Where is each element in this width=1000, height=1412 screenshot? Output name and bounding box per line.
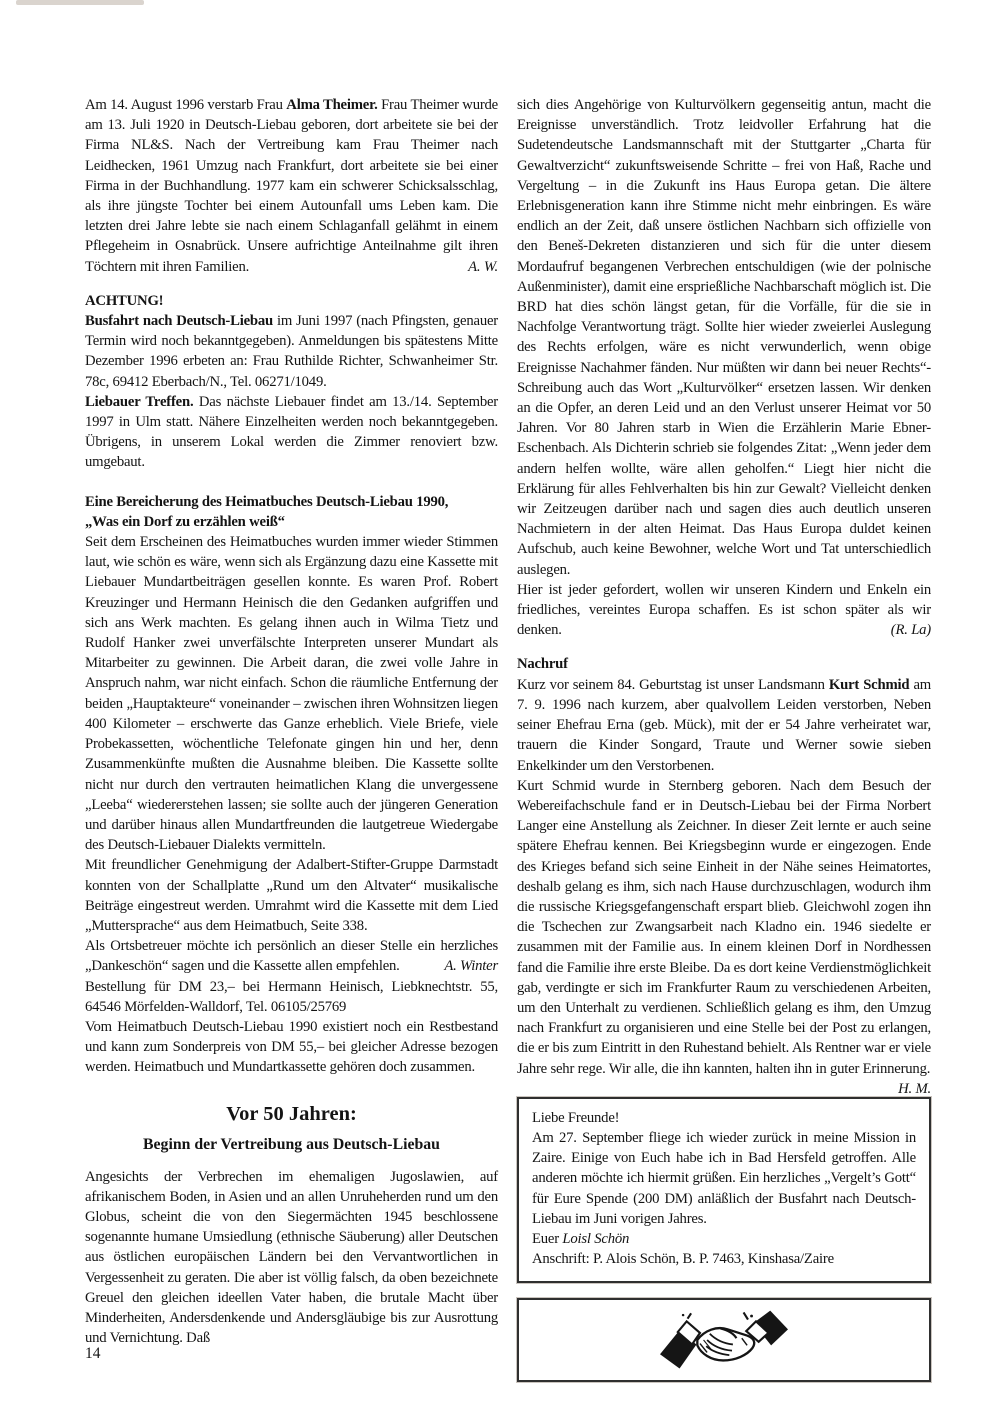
- letter-address: Anschrift: P. Alois Schön, B. P. 7463, K…: [532, 1249, 916, 1269]
- handshake-box: [517, 1298, 931, 1382]
- letter-closing: Euer Loisl Schön: [532, 1229, 916, 1249]
- vor50-paragraph: Angesichts der Verbrechen im ehemaligen …: [85, 1167, 498, 1349]
- continuation-signature: (R. La): [881, 620, 931, 640]
- vor50-title: Vor 50 Jahren:: [85, 1102, 498, 1126]
- continuation-paragraph-1: sich dies Angehörige von Kulturvölkern g…: [517, 95, 931, 580]
- letter-body: Am 27. September fliege ich wieder zurüc…: [532, 1128, 916, 1229]
- bereicherung-paragraph-2: Mit freundlicher Genehmigung der Adalber…: [85, 855, 498, 936]
- busfahrt-paragraph: Busfahrt nach Deutsch-Liebau im Juni 199…: [85, 311, 498, 392]
- letter-signer: Loisl Schön: [562, 1231, 629, 1247]
- continuation-closing-text: Hier ist jeder gefordert, wollen wir uns…: [517, 582, 931, 638]
- bereicherung-signature: A. Winter: [434, 956, 498, 976]
- newsletter-page: Am 14. August 1996 verstarb Frau Alma Th…: [0, 0, 1000, 1412]
- obituary-name: Alma Theimer.: [286, 97, 377, 113]
- right-column: sich dies Angehörige von Kulturvölkern g…: [517, 95, 931, 1382]
- nachruf-biography-text: Kurt Schmid wurde in Sternberg geboren. …: [517, 778, 931, 1077]
- bereicherung-heading-line1: Eine Bereicherung des Heimatbuches Deuts…: [85, 492, 498, 512]
- treffen-paragraph: Liebauer Treffen. Das nächste Liebauer f…: [85, 392, 498, 473]
- busfahrt-lead: Busfahrt nach Deutsch-Liebau: [85, 313, 273, 329]
- restbestand-paragraph: Vom Heimatbuch Deutsch-Liebau 1990 exist…: [85, 1017, 498, 1078]
- nachruf-paragraph-2: Kurt Schmid wurde in Sternberg geboren. …: [517, 776, 931, 1079]
- letter-euer: Euer: [532, 1231, 562, 1247]
- bereicherung-heading: Eine Bereicherung des Heimatbuches Deuts…: [85, 492, 498, 532]
- obituary-paragraph: Am 14. August 1996 verstarb Frau Alma Th…: [85, 95, 498, 277]
- bestellung-paragraph: Bestellung für DM 23,– bei Hermann Heini…: [85, 977, 498, 1017]
- scan-artifact-smudge: [16, 0, 144, 5]
- achtung-heading: ACHTUNG!: [85, 291, 498, 311]
- vor50-subtitle: Beginn der Vertreibung aus Deutsch-Lieba…: [85, 1135, 498, 1155]
- nachruf-paragraph-1: Kurz vor seinem 84. Geburtstag ist unser…: [517, 675, 931, 776]
- letter-greeting: Liebe Freunde!: [532, 1108, 916, 1128]
- left-column: Am 14. August 1996 verstarb Frau Alma Th…: [85, 95, 498, 1348]
- bereicherung-heading-line2: „Was ein Dorf zu erzählen weiß“: [85, 512, 498, 532]
- nachruf-signature: H. M.: [888, 1079, 931, 1099]
- letter-box: Liebe Freunde! Am 27. September fliege i…: [517, 1097, 931, 1284]
- page-number: 14: [85, 1345, 101, 1363]
- handshake-icon: [657, 1308, 791, 1372]
- bereicherung-paragraph-3: Als Ortsbetreuer möchte ich persönlich a…: [85, 936, 498, 976]
- obituary-signature: A. W.: [458, 257, 498, 277]
- nachruf-heading: Nachruf: [517, 654, 931, 674]
- nachruf-lead: Kurz vor seinem 84. Geburtstag ist unser…: [517, 677, 829, 693]
- nachruf-name: Kurt Schmid: [829, 677, 909, 693]
- treffen-lead: Liebauer Treffen.: [85, 394, 193, 410]
- continuation-paragraph-2: Hier ist jeder gefordert, wollen wir uns…: [517, 580, 931, 641]
- obituary-rest: Frau Theimer wurde am 13. Juli 1920 in D…: [85, 97, 498, 275]
- bereicherung-paragraph-1: Seit dem Erscheinen des Heimatbuches wur…: [85, 532, 498, 855]
- obituary-lead: Am 14. August 1996 verstarb Frau: [85, 97, 286, 113]
